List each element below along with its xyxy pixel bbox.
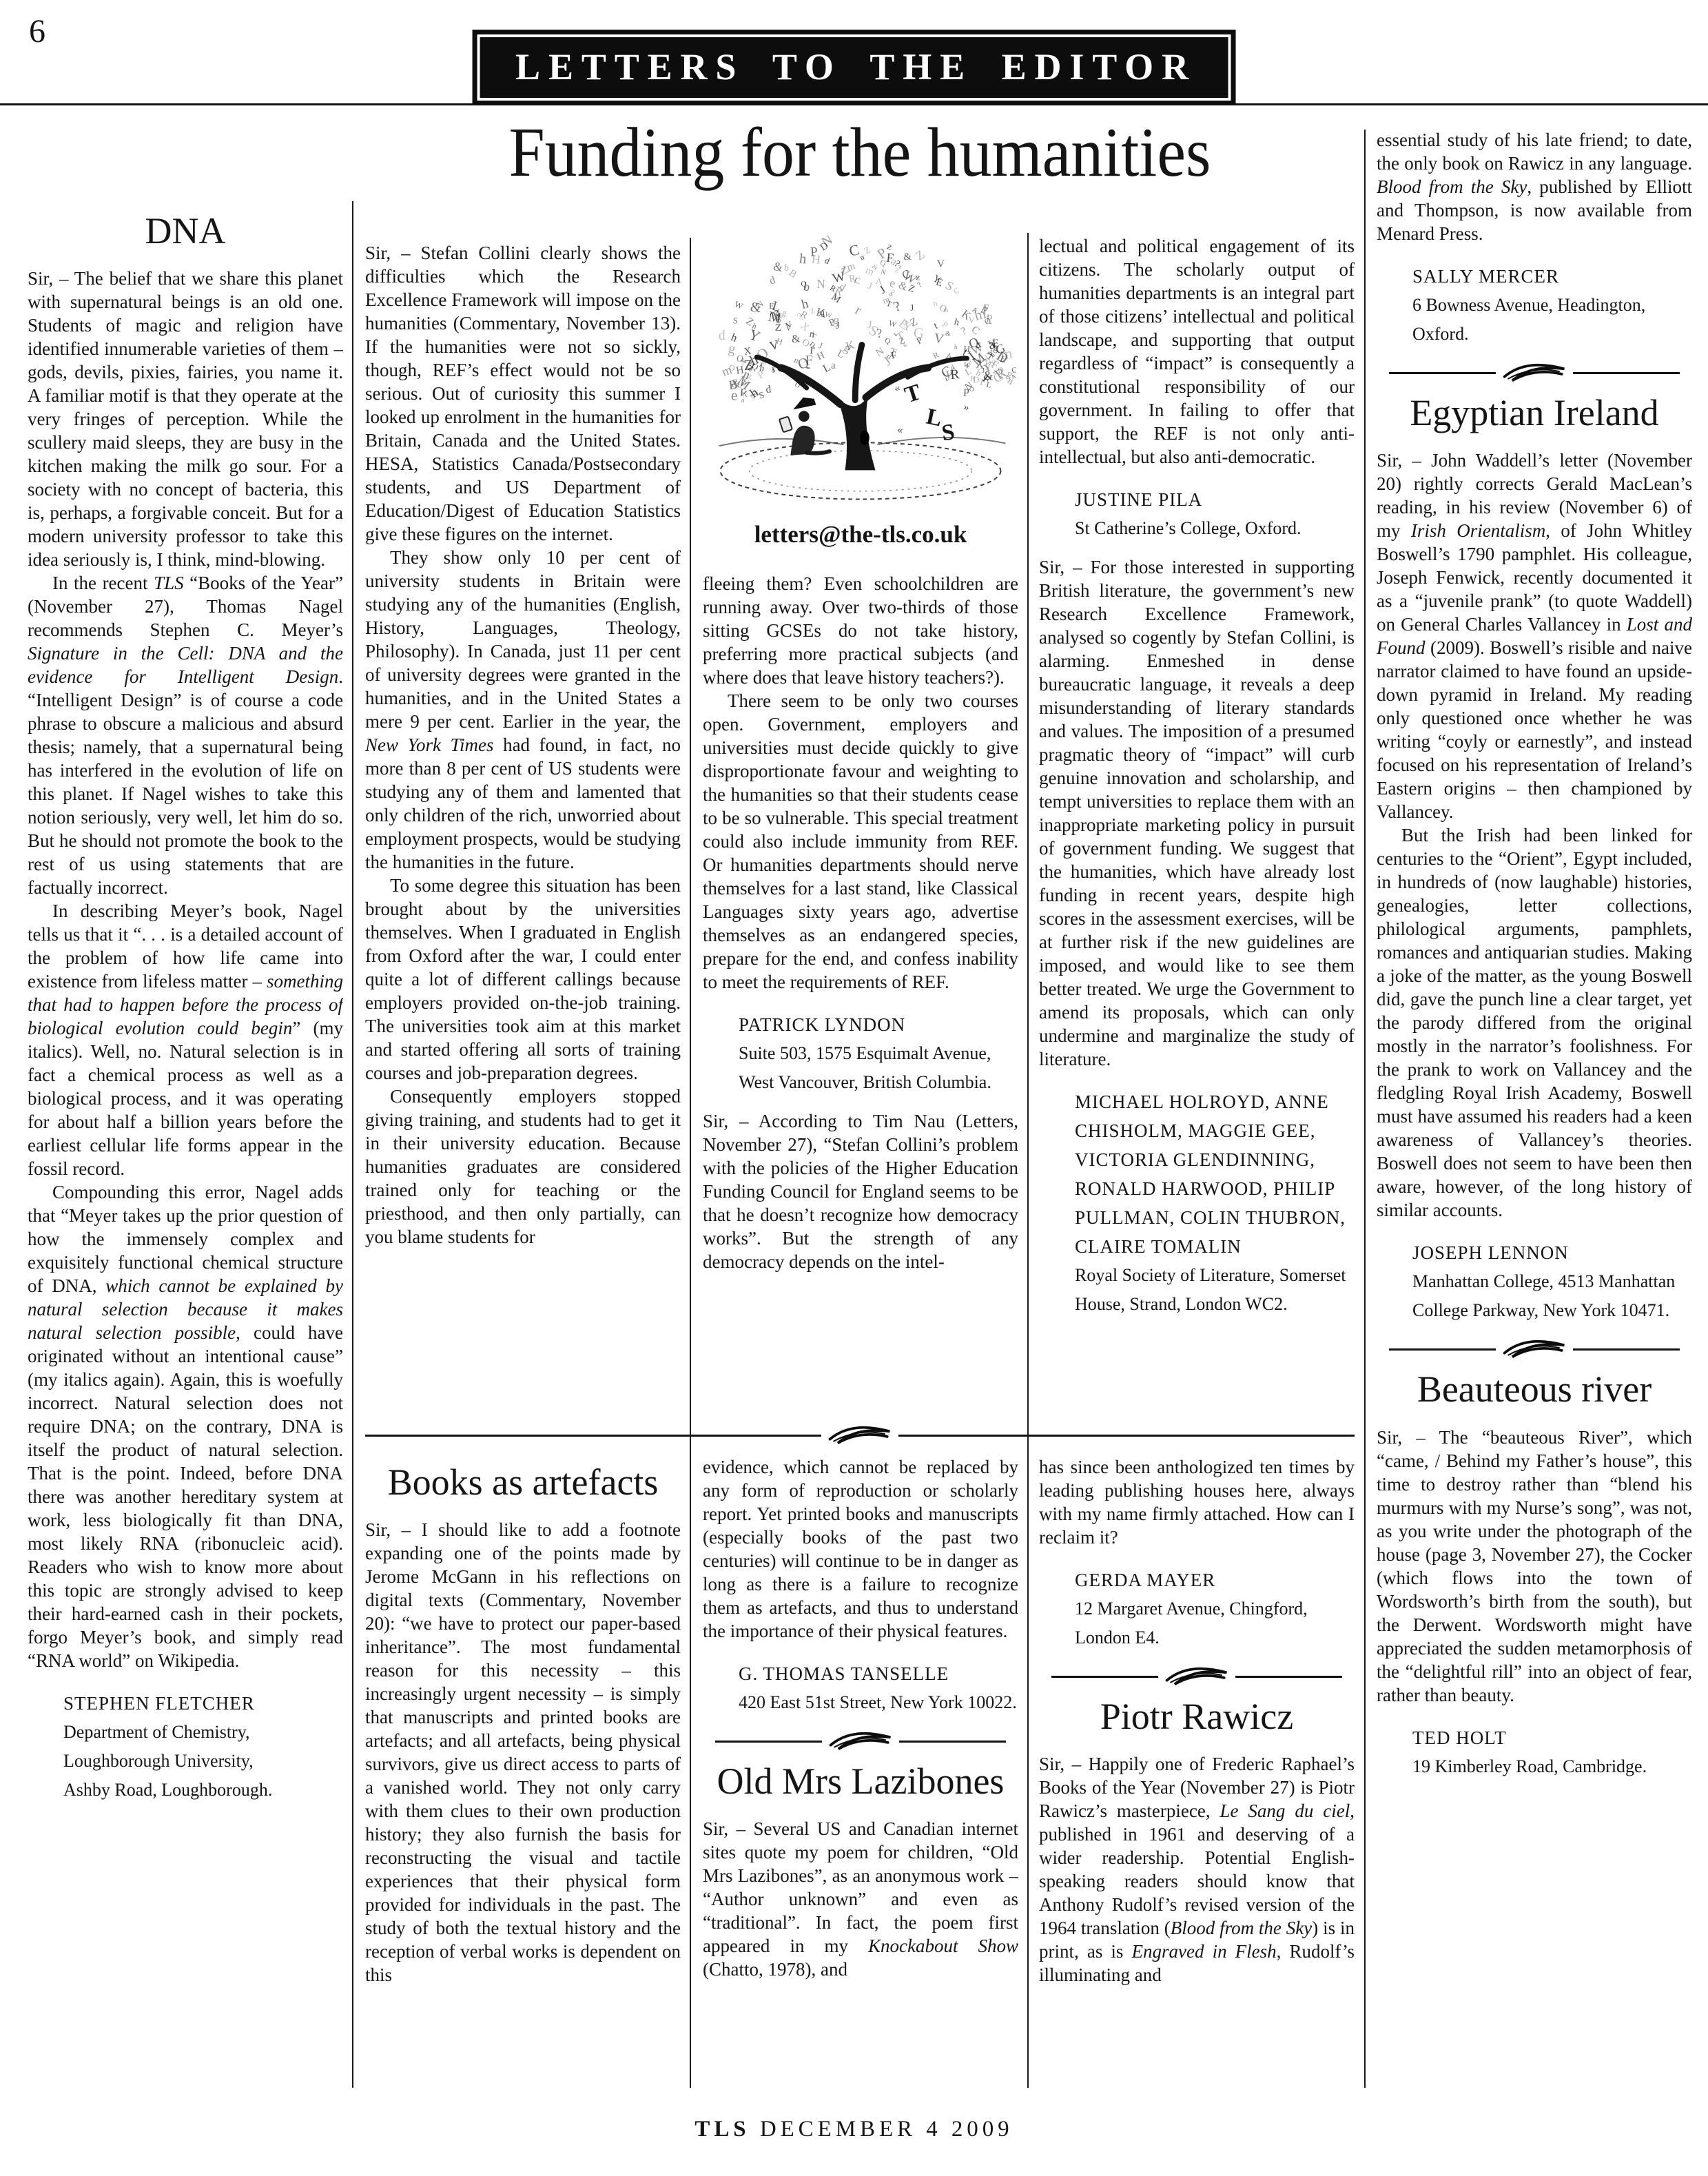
svg-text:Y: Y (747, 326, 763, 345)
svg-text:B: B (728, 378, 739, 393)
signature-block: PATRICK LYNDONSuite 503, 1575 Esquimalt … (739, 1010, 1018, 1097)
section-divider (715, 1729, 1005, 1753)
paragraph: Sir, – Happily one of Frederic Raphael’s… (1039, 1752, 1355, 1987)
svg-text:&: & (945, 330, 951, 338)
signature-address: Royal Society of Literature, Somerset (1075, 1261, 1355, 1290)
svg-text:N: N (816, 277, 825, 291)
paragraph: To some degree this situation has been b… (365, 874, 681, 1085)
signature-name: JOSEPH LENNON (1412, 1238, 1692, 1267)
svg-text:H: H (811, 252, 821, 267)
section-divider (1389, 361, 1679, 384)
quill-flourish-icon (1501, 361, 1567, 384)
svg-text:d: d (768, 274, 777, 287)
paragraph: Sir, – According to Tim Nau (Letters, No… (703, 1109, 1018, 1273)
signature-address: Department of Chemistry, (63, 1718, 343, 1747)
footer-tls: TLS (694, 2117, 750, 2142)
signature-address: College Parkway, New York 10471. (1412, 1296, 1692, 1325)
column-4: lectual and political engagement of its … (1039, 234, 1355, 1421)
bottom-column-4: has since been anthologized ten times by… (1039, 1455, 1355, 2088)
svg-text:J: J (877, 283, 888, 296)
quill-flourish-icon (1164, 1665, 1230, 1688)
signature-address: Ashby Road, Loughborough. (63, 1776, 343, 1805)
tree-illustration: gdFatLaThZPXVTWKdZdAerLhXRdhPPQCgPPgXJK&… (706, 236, 1016, 509)
svg-text:S: S (732, 316, 738, 325)
svg-text:T: T (902, 379, 925, 408)
paragraph: lectual and political engagement of its … (1039, 234, 1355, 469)
signature-block: G. THOMAS TANSELLE420 East 51st Street, … (739, 1659, 1018, 1717)
paragraph: Compounding this error, Nagel adds that … (28, 1180, 343, 1672)
svg-text:S: S (940, 419, 956, 446)
signature-name: MICHAEL HOLROYD, ANNE CHISHOLM, MAGGIE G… (1075, 1087, 1355, 1261)
svg-text:N: N (880, 268, 887, 277)
signature-address: 12 Margaret Avenue, Chingford, (1075, 1594, 1355, 1623)
svg-text:»: » (963, 401, 971, 413)
signature-address: 19 Kimberley Road, Cambridge. (1412, 1752, 1692, 1781)
svg-text:&: & (750, 300, 761, 316)
signature-name: STEPHEN FLETCHER (63, 1689, 343, 1718)
svg-text:&: & (791, 333, 801, 345)
signature-address: 6 Bowness Avenue, Headington, (1412, 291, 1692, 320)
svg-text:«: « (896, 424, 904, 436)
svg-text:V: V (933, 331, 945, 347)
svg-text:J: J (817, 340, 824, 351)
svg-text:C: C (854, 275, 862, 286)
svg-text:Q: Q (883, 336, 892, 346)
bottom-band-rule (365, 1424, 1355, 1447)
svg-text:m: m (864, 265, 876, 278)
letter-heading: Old Mrs Lazibones (703, 1761, 1018, 1802)
svg-text:d: d (765, 383, 772, 396)
paragraph: Sir, – Several US and Canadian internet … (703, 1817, 1018, 1981)
letter-heading: DNA (28, 211, 343, 252)
signature-name: PATRICK LYNDON (739, 1010, 1018, 1039)
svg-text:n: n (932, 298, 938, 309)
signature-block: MICHAEL HOLROYD, ANNE CHISHOLM, MAGGIE G… (1075, 1087, 1355, 1319)
svg-text:P: P (940, 320, 950, 330)
svg-text:d: d (823, 255, 832, 266)
paragraph: There seem to be only two courses open. … (703, 689, 1018, 994)
paragraph: Sir, – Stefan Collini clearly shows the … (365, 241, 681, 546)
column-rule-1 (352, 201, 353, 2088)
svg-text:«: « (892, 382, 901, 395)
signature-address: Loughborough University, (63, 1747, 343, 1776)
signature-address: West Vancouver, British Columbia. (739, 1068, 1018, 1097)
column-rule-4 (1364, 130, 1366, 2088)
section-divider (1051, 1665, 1341, 1688)
svg-text:r: r (852, 302, 864, 318)
svg-text:H: H (963, 343, 971, 354)
paragraph: In the recent TLS “Books of the Year” (N… (28, 571, 343, 899)
paragraph: Sir, – John Waddell’s letter (November 2… (1377, 449, 1692, 823)
svg-text:&: & (903, 252, 912, 263)
column-5: essential study of his late friend; to d… (1377, 128, 1692, 2088)
svg-text:h: h (799, 252, 807, 267)
svg-text:h: h (954, 344, 958, 351)
signature-address: St Catherine’s College, Oxford. (1075, 514, 1355, 543)
svg-text:z: z (774, 318, 781, 334)
svg-text:Z: Z (743, 356, 753, 373)
svg-text:J: J (910, 302, 914, 313)
svg-text:X: X (799, 320, 812, 333)
svg-text:?: ? (891, 298, 903, 316)
signature-name: GERDA MAYER (1075, 1566, 1355, 1594)
svg-text:J: J (866, 280, 873, 292)
paragraph: Consequently employers stopped giving tr… (365, 1085, 681, 1249)
signature-address: London E4. (1075, 1623, 1355, 1652)
column-rule-3 (1027, 233, 1029, 2088)
svg-text:H: H (815, 349, 826, 362)
bottom-column-3: evidence, which cannot be replaced by an… (703, 1455, 1018, 2088)
svg-text:?: ? (916, 281, 924, 289)
signature-address: Manhattan College, 4513 Manhattan (1412, 1267, 1692, 1296)
paragraph: Sir, – I should like to add a footnote e… (365, 1518, 681, 1987)
svg-text:R: R (932, 349, 941, 360)
signature-block: TED HOLT19 Kimberley Road, Cambridge. (1412, 1723, 1692, 1781)
footer-date: DECEMBER 4 2009 (760, 2117, 1014, 2142)
letter-heading: Books as artefacts (365, 1462, 681, 1503)
page-number: 6 (29, 12, 45, 50)
paragraph: has since been anthologized ten times by… (1039, 1455, 1355, 1549)
svg-text:W: W (733, 298, 745, 311)
column-rule-2 (690, 238, 691, 2088)
tree-canopy-of-letters: gdFatLaThZPXVTWKdZdAerLhXRdhPPQCgPPgXJK&… (706, 236, 1016, 505)
svg-text:F: F (805, 353, 813, 368)
signature-name: JUSTINE PILA (1075, 485, 1355, 514)
quill-flourish-icon (1501, 1337, 1567, 1361)
quill-flourish-icon (827, 1729, 894, 1753)
signature-block: JUSTINE PILASt Catherine’s College, Oxfo… (1075, 485, 1355, 543)
svg-text:&: & (772, 259, 785, 274)
paragraph: Sir, – The belief that we share this pla… (28, 267, 343, 571)
quill-flourish-icon (827, 1424, 893, 1447)
svg-text:a: a (861, 252, 865, 261)
paragraph: But the Irish had been linked for centur… (1377, 823, 1692, 1222)
signature-name: G. THOMAS TANSELLE (739, 1659, 1018, 1688)
svg-text:d: d (719, 328, 726, 343)
paragraph: They show only 10 per cent of university… (365, 546, 681, 874)
column-3: gdFatLaThZPXVTWKdZdAerLhXRdhPPQCgPPgXJK&… (703, 234, 1018, 1421)
letter-heading: Beauteous river (1377, 1369, 1692, 1410)
letters-email: letters@the-tls.co.uk (703, 521, 1018, 548)
main-headline: Funding for the humanities (404, 116, 1315, 189)
svg-text:C: C (952, 287, 961, 296)
bottom-column-2: Books as artefactsSir, – I should like t… (365, 1455, 681, 2088)
svg-text:a: a (831, 360, 836, 371)
signature-block: GERDA MAYER12 Margaret Avenue, Chingford… (1075, 1566, 1355, 1652)
svg-text:m: m (943, 307, 948, 314)
signature-block: JOSEPH LENNONManhattan College, 4513 Man… (1412, 1238, 1692, 1325)
signature-address: Suite 503, 1575 Esquimalt Avenue, (739, 1039, 1018, 1068)
section-divider (1389, 1337, 1679, 1361)
letter-heading: Egyptian Ireland (1377, 393, 1692, 433)
paragraph: In describing Meyer’s book, Nagel tells … (28, 899, 343, 1180)
page-footer: TLS DECEMBER 4 2009 (0, 2117, 1708, 2142)
svg-text:V: V (937, 258, 945, 269)
svg-text:O: O (728, 364, 736, 373)
paragraph: fleeing them? Even schoolchildren are ru… (703, 572, 1018, 689)
letter-heading: Piotr Rawicz (1039, 1696, 1355, 1737)
paragraph: Sir, – The “beauteous River”, which “cam… (1377, 1426, 1692, 1707)
section-banner: LETTERS TO THE EDITOR (477, 34, 1231, 101)
svg-text:Z: Z (913, 247, 927, 263)
svg-text:?: ? (959, 325, 969, 337)
signature-block: STEPHEN FLETCHERDepartment of Chemistry,… (63, 1689, 343, 1805)
column-1: DNASir, – The belief that we share this … (28, 204, 343, 2088)
newspaper-page: 6 LETTERS TO THE EDITOR Funding for the … (0, 0, 1708, 2176)
header-rule (0, 103, 1708, 105)
signature-address: Oxford. (1412, 320, 1692, 349)
paragraph: essential study of his late friend; to d… (1377, 128, 1692, 245)
svg-text:V: V (968, 315, 975, 325)
signature-address: House, Strand, London WC2. (1075, 1290, 1355, 1319)
svg-text:g: g (727, 341, 737, 358)
paragraph: Sir, – For those interested in supportin… (1039, 555, 1355, 1071)
column-2: Sir, – Stefan Collini clearly shows the … (365, 241, 681, 1421)
paragraph: evidence, which cannot be replaced by an… (703, 1455, 1018, 1643)
svg-text:&: & (983, 369, 994, 383)
svg-text:E: E (769, 301, 774, 311)
signature-address: 420 East 51st Street, New York 10022. (739, 1688, 1018, 1717)
signature-name: TED HOLT (1412, 1723, 1692, 1752)
signature-block: SALLY MERCER6 Bowness Avenue, Headington… (1412, 262, 1692, 349)
svg-text:C: C (847, 241, 861, 260)
svg-text:t: t (932, 320, 940, 332)
svg-text:b: b (783, 262, 790, 273)
signature-name: SALLY MERCER (1412, 262, 1692, 291)
